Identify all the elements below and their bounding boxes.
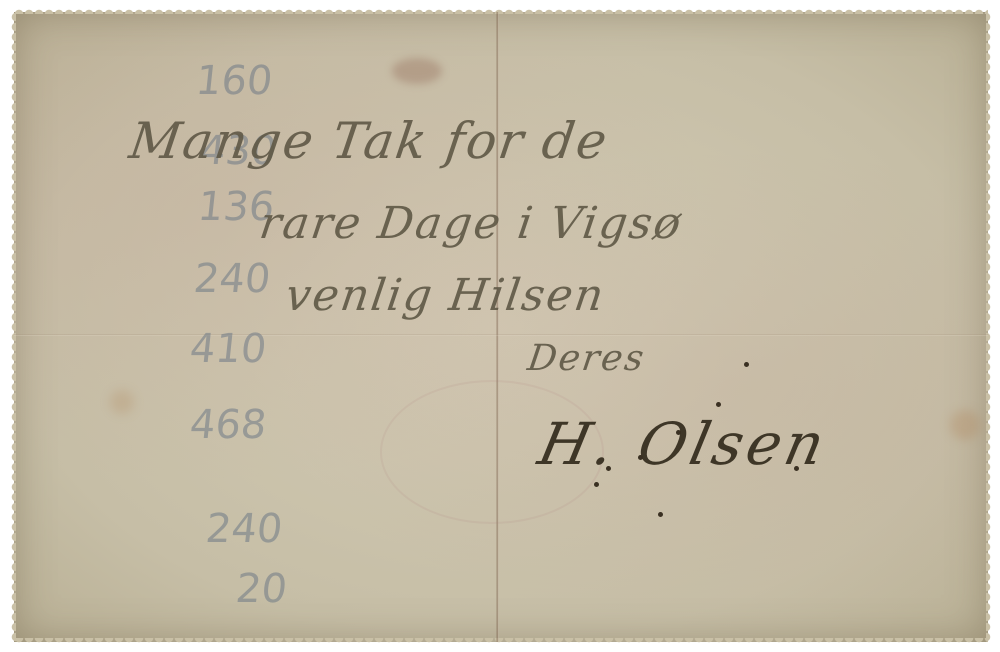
message-closing: Deres [525, 338, 648, 379]
ink-spot [676, 430, 681, 435]
pencil-number: 240 [192, 256, 273, 302]
stain-left [110, 390, 134, 414]
signature: H. Olsen [533, 410, 834, 478]
scalloped-edge-top [14, 6, 988, 14]
pencil-number: 160 [194, 58, 275, 104]
pencil-number: 410 [188, 326, 269, 372]
message-line-1: Mange Tak for de [126, 112, 612, 170]
ink-spot [658, 512, 663, 517]
ink-spot [638, 455, 643, 460]
ink-spot [594, 482, 599, 487]
scalloped-edge-right [986, 12, 994, 642]
scalloped-edge-bottom [14, 638, 988, 646]
horizontal-fold-crease [14, 334, 988, 336]
pencil-number: 468 [188, 402, 269, 448]
ink-spot [744, 362, 749, 367]
message-line-3: venlig Hilsen [282, 270, 608, 321]
scalloped-edge-left [8, 12, 16, 642]
ink-spot [716, 402, 721, 407]
ink-spot [794, 466, 799, 471]
ink-spot [606, 466, 611, 471]
stain-right [950, 410, 980, 440]
message-line-2: rare Dage i Vigsø [256, 198, 686, 249]
paper-sheet [14, 12, 988, 642]
vertical-fold-crease [496, 12, 499, 642]
pencil-number: 240 [204, 506, 285, 552]
pencil-number: 20 [234, 566, 290, 612]
stain-top [392, 58, 442, 84]
